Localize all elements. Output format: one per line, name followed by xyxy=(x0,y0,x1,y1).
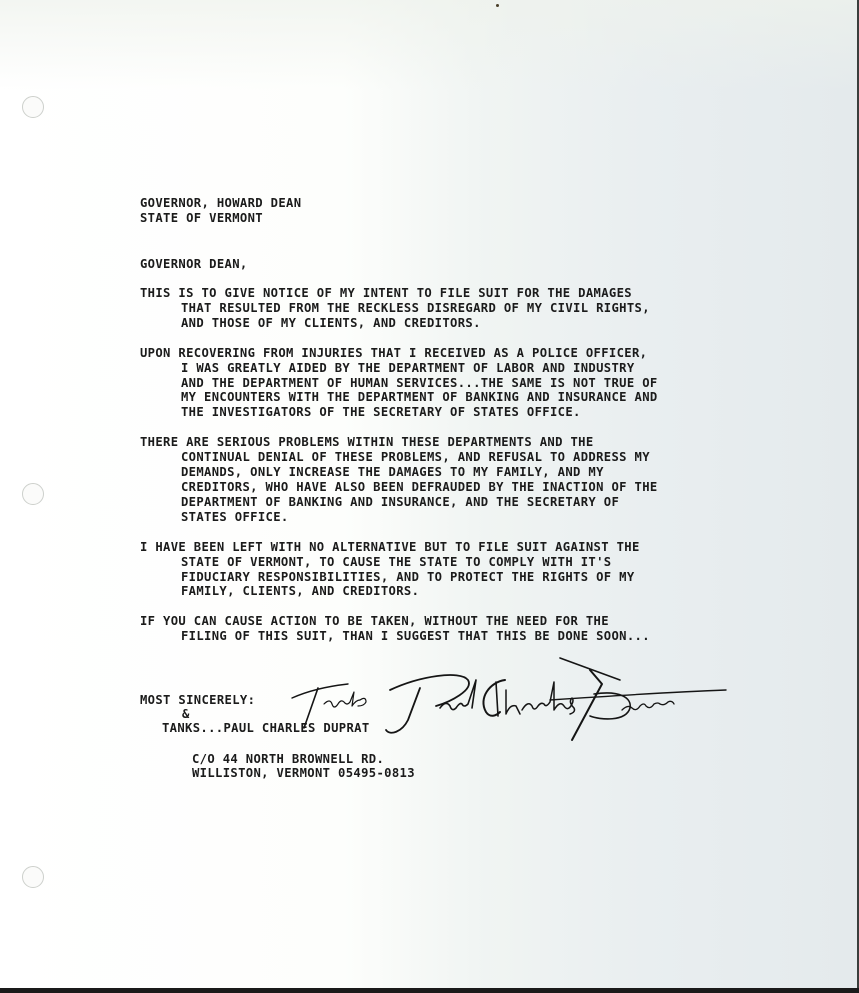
paragraph-4-line-3: FIDUCIARY RESPONSIBILITIES, AND TO PROTE… xyxy=(181,570,635,585)
paragraph-4-line-2: STATE OF VERMONT, TO CAUSE THE STATE TO … xyxy=(181,555,612,570)
paragraph-4-line-4: FAMILY, CLIENTS, AND CREDITORS. xyxy=(181,584,419,599)
closing-line-1: MOST SINCERELY: xyxy=(140,693,255,708)
paragraph-1-line-1: THIS IS TO GIVE NOTICE OF MY INTENT TO F… xyxy=(140,286,632,301)
paragraph-3-line-1: THERE ARE SERIOUS PROBLEMS WITHIN THESE … xyxy=(140,435,594,450)
paragraph-3-line-2: CONTINUAL DENIAL OF THESE PROBLEMS, AND … xyxy=(181,450,650,465)
paragraph-3-line-6: STATES OFFICE. xyxy=(181,510,289,525)
paragraph-3-line-5: DEPARTMENT OF BANKING AND INSURANCE, AND… xyxy=(181,495,619,510)
page-edge-bottom xyxy=(0,988,859,993)
paragraph-1-line-3: AND THOSE OF MY CLIENTS, AND CREDITORS. xyxy=(181,316,481,331)
hole-punch-bottom xyxy=(22,866,44,888)
recipient-line-1: GOVERNOR, HOWARD DEAN xyxy=(140,196,301,211)
paragraph-5-line-2: FILING OF THIS SUIT, THAN I SUGGEST THAT… xyxy=(181,629,650,644)
paragraph-2-line-2: I WAS GREATLY AIDED BY THE DEPARTMENT OF… xyxy=(181,361,635,376)
paragraph-3-line-4: CREDITORS, WHO HAVE ALSO BEEN DEFRAUDED … xyxy=(181,480,658,495)
paragraph-2-line-3: AND THE DEPARTMENT OF HUMAN SERVICES...T… xyxy=(181,376,658,391)
salutation: GOVERNOR DEAN, xyxy=(140,257,248,272)
closing-line-2: & xyxy=(182,707,190,722)
paragraph-2-line-1: UPON RECOVERING FROM INJURIES THAT I REC… xyxy=(140,346,647,361)
paragraph-2-line-4: MY ENCOUNTERS WITH THE DEPARTMENT OF BAN… xyxy=(181,390,658,405)
paragraph-4-line-1: I HAVE BEEN LEFT WITH NO ALTERNATIVE BUT… xyxy=(140,540,640,555)
address-line-1: C/O 44 NORTH BROWNELL RD. xyxy=(192,752,384,767)
recipient-line-2: STATE OF VERMONT xyxy=(140,211,263,226)
paper-speck xyxy=(496,4,499,7)
letter-page: GOVERNOR, HOWARD DEAN STATE OF VERMONT G… xyxy=(0,0,859,993)
address-line-2: WILLISTON, VERMONT 05495-0813 xyxy=(192,766,415,781)
paragraph-2-line-5: THE INVESTIGATORS OF THE SECRETARY OF ST… xyxy=(181,405,581,420)
paragraph-5-line-1: IF YOU CAN CAUSE ACTION TO BE TAKEN, WIT… xyxy=(140,614,609,629)
paragraph-3-line-3: DEMANDS, ONLY INCREASE THE DAMAGES TO MY… xyxy=(181,465,604,480)
paragraph-1-line-2: THAT RESULTED FROM THE RECKLESS DISREGAR… xyxy=(181,301,650,316)
letter-body: GOVERNOR, HOWARD DEAN STATE OF VERMONT G… xyxy=(0,0,31,666)
handwritten-signature: Tanks Paul Charles Duprat xyxy=(290,650,730,745)
